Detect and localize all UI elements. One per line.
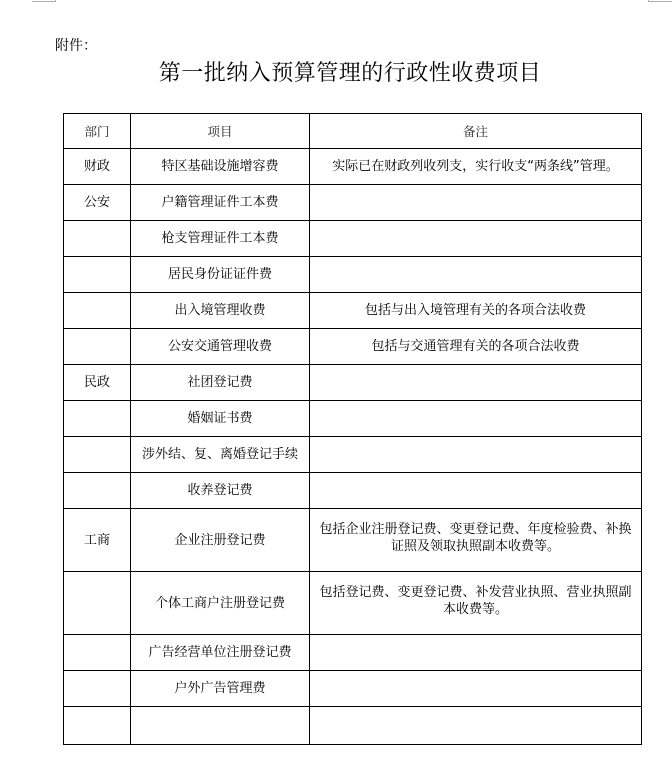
cell-department [64, 671, 131, 707]
cell-note [310, 401, 642, 437]
table-row: 出入境管理收费 包括与出入境管理有关的各项合法收费 [64, 293, 642, 329]
table-header-row: 部门 项目 备注 [64, 114, 642, 149]
cell-department [64, 473, 131, 509]
cell-department [64, 293, 131, 329]
header-item: 项目 [131, 114, 310, 149]
cell-item: 社团登记费 [131, 365, 310, 401]
cell-item: 收养登记费 [131, 473, 310, 509]
table-row: 居民身份证证件费 [64, 257, 642, 293]
table-row: 户外广告管理费 [64, 671, 642, 707]
cell-department [64, 401, 131, 437]
document-title: 第一批纳入预算管理的行政性收费项目 [0, 56, 672, 87]
cell-note [310, 257, 642, 293]
cell-note [310, 185, 642, 221]
cell-department [64, 437, 131, 473]
cell-department [64, 329, 131, 365]
cell-item: 个体工商户注册登记费 [131, 572, 310, 635]
cell-note: 包括登记费、变更登记费、补发营业执照、营业执照副本收费等。 [310, 572, 642, 635]
page-corner-mark-right [648, 0, 672, 2]
fee-items-table: 部门 项目 备注 财政 特区基础设施增容费 实际已在财政列收列支，实行收支“两条… [63, 113, 642, 745]
attachment-label: 附件： [55, 35, 97, 55]
cell-item: 广告经营单位注册登记费 [131, 635, 310, 671]
cell-note [310, 671, 642, 707]
cell-item: 枪支管理证件工本费 [131, 221, 310, 257]
cell-item: 企业注册登记费 [131, 509, 310, 572]
cell-note: 包括与交通管理有关的各项合法收费 [310, 329, 642, 365]
page-corner-mark-left [32, 0, 56, 2]
cell-department [64, 707, 131, 745]
cell-item: 公安交通管理收费 [131, 329, 310, 365]
cell-note [310, 221, 642, 257]
cell-note [310, 473, 642, 509]
cell-note [310, 707, 642, 745]
cell-item: 婚姻证书费 [131, 401, 310, 437]
cell-department: 民政 [64, 365, 131, 401]
cell-item: 居民身份证证件费 [131, 257, 310, 293]
cell-item: 户籍管理证件工本费 [131, 185, 310, 221]
table-row [64, 707, 642, 745]
cell-note: 包括企业注册登记费、变更登记费、年度检验费、补换证照及领取执照副本收费等。 [310, 509, 642, 572]
header-department: 部门 [64, 114, 131, 149]
cell-note [310, 635, 642, 671]
cell-item [131, 707, 310, 745]
table-row: 工商 企业注册登记费 包括企业注册登记费、变更登记费、年度检验费、补换证照及领取… [64, 509, 642, 572]
cell-item: 户外广告管理费 [131, 671, 310, 707]
cell-department [64, 635, 131, 671]
cell-note: 包括与出入境管理有关的各项合法收费 [310, 293, 642, 329]
table-row: 枪支管理证件工本费 [64, 221, 642, 257]
table-row: 婚姻证书费 [64, 401, 642, 437]
table-row: 个体工商户注册登记费 包括登记费、变更登记费、补发营业执照、营业执照副本收费等。 [64, 572, 642, 635]
cell-note [310, 437, 642, 473]
table-row: 民政 社团登记费 [64, 365, 642, 401]
table-row: 财政 特区基础设施增容费 实际已在财政列收列支，实行收支“两条线”管理。 [64, 149, 642, 185]
table-row: 收养登记费 [64, 473, 642, 509]
cell-item: 特区基础设施增容费 [131, 149, 310, 185]
cell-note [310, 365, 642, 401]
cell-department: 工商 [64, 509, 131, 572]
cell-department [64, 572, 131, 635]
cell-note: 实际已在财政列收列支，实行收支“两条线”管理。 [310, 149, 642, 185]
table-row: 广告经营单位注册登记费 [64, 635, 642, 671]
table-row: 涉外结、复、离婚登记手续 [64, 437, 642, 473]
table-row: 公安 户籍管理证件工本费 [64, 185, 642, 221]
header-note: 备注 [310, 114, 642, 149]
cell-department [64, 257, 131, 293]
cell-department: 公安 [64, 185, 131, 221]
cell-item: 涉外结、复、离婚登记手续 [131, 437, 310, 473]
cell-department: 财政 [64, 149, 131, 185]
cell-department [64, 221, 131, 257]
cell-item: 出入境管理收费 [131, 293, 310, 329]
table-row: 公安交通管理收费 包括与交通管理有关的各项合法收费 [64, 329, 642, 365]
